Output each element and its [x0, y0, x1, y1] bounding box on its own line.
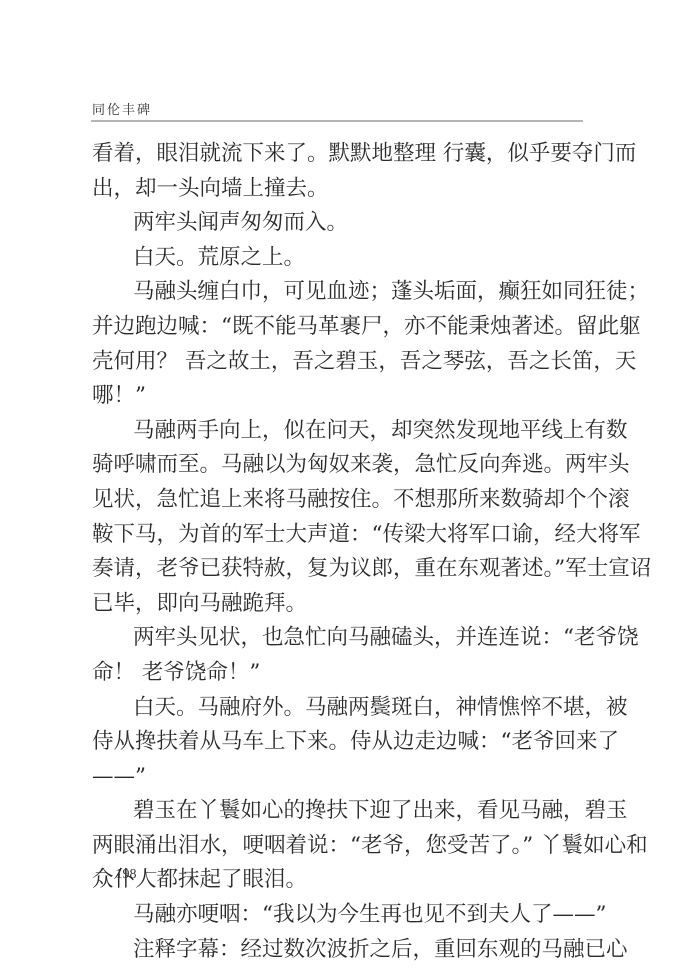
text-line: 并边跑边喊：“既不能马革裹尸，亦不能秉烛著述。留此躯 — [92, 310, 584, 345]
running-head: 同伦丰碑 — [92, 99, 152, 118]
text-line: 碧玉在丫鬟如心的搀扶下迎了出来，看见马融，碧玉 — [92, 794, 584, 829]
text-line: ——” — [92, 760, 584, 795]
text-line: 注释字幕：经过数次波折之后，重回东观的马融已心 — [92, 933, 584, 968]
text-line: 众仆人都抹起了眼泪。 — [92, 863, 584, 898]
text-line: 看着，眼泪就流下来了。默默地整理 行囊，似乎要夺门而 — [92, 137, 584, 172]
text-line: 两牢头闻声匆匆而入。 — [92, 206, 584, 241]
text-line: 两牢头见状，也急忙向马融磕头，并连连说：“老爷饶 — [92, 621, 584, 656]
text-line: 奏请，老爷已获特赦，复为议郎，重在东观著述。”军士宣诏 — [92, 552, 584, 587]
header-rule — [91, 120, 583, 122]
text-line: 鞍下马，为首的军士大声道：“传梁大将军口谕，经大将军 — [92, 518, 584, 553]
text-line: 骑呼啸而至。马融以为匈奴来袭，急忙反向奔逃。两牢头 — [92, 448, 584, 483]
text-line: 两眼涌出泪水，哽咽着说：“老爷，您受苦了。” 丫鬟如心和 — [92, 829, 584, 864]
text-line: 侍从搀扶着从马车上下来。侍从边走边喊：“老爷回来了 — [92, 725, 584, 760]
body-text: 看着，眼泪就流下来了。默默地整理 行囊，似乎要夺门而出，却一头向墙上撞去。两牢头… — [92, 137, 584, 967]
text-line: 命！ 老爷饶命！” — [92, 656, 584, 691]
text-line: 壳何用？ 吾之故土，吾之碧玉，吾之琴弦，吾之长笛，天 — [92, 345, 584, 380]
text-line: 马融头缠白巾，可见血迹；蓬头垢面，癫狂如同狂徒； — [92, 275, 584, 310]
text-line: 出，却一头向墙上撞去。 — [92, 172, 584, 207]
text-line: 马融亦哽咽：“我以为今生再也见不到夫人了——” — [92, 898, 584, 933]
text-line: 哪！” — [92, 379, 584, 414]
text-line: 已毕，即向马融跪拜。 — [92, 587, 584, 622]
text-line: 马融两手向上，似在问天，却突然发现地平线上有数 — [92, 414, 584, 449]
text-line: 白天。荒原之上。 — [92, 241, 584, 276]
page-number: － 198 － — [94, 863, 158, 883]
text-line: 白天。马融府外。马融两鬓斑白，神情憔悴不堪，被 — [92, 691, 584, 726]
text-line: 见状，急忙追上来将马融按住。不想那所来数骑却个个滚 — [92, 483, 584, 518]
